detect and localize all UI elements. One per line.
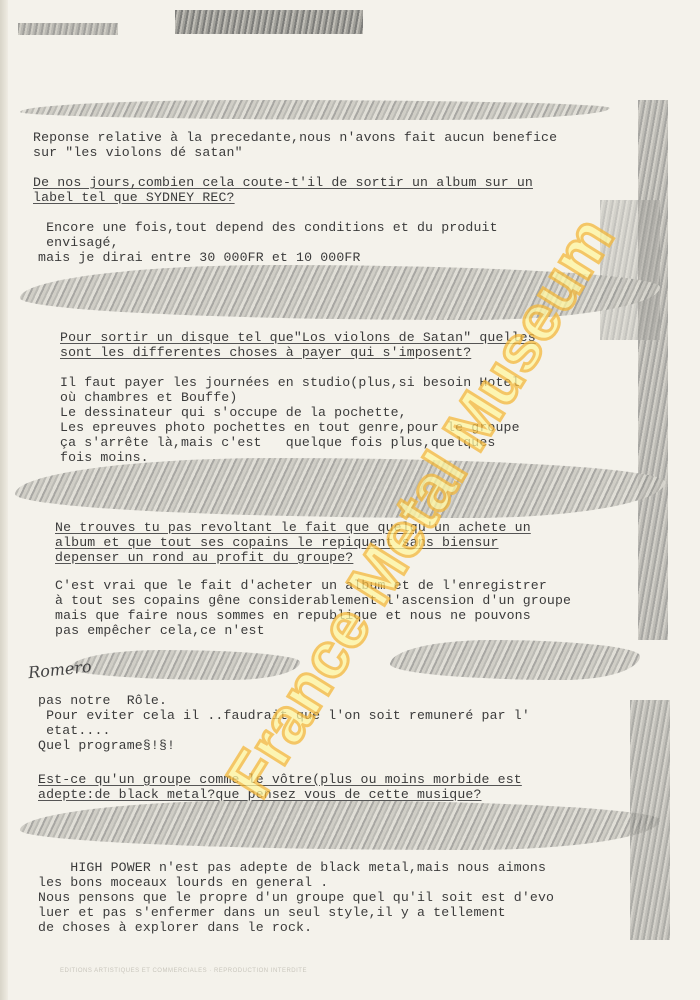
page-edge: [0, 0, 8, 1000]
answer-intro: Reponse relative à la precedante,nous n'…: [33, 130, 557, 160]
answer-3-continued: pas notre Rôle. Pour eviter cela il ..fa…: [38, 693, 530, 753]
right-collage-fragment: [600, 200, 660, 340]
artist-signature: Romero: [27, 657, 92, 683]
answer-4: HIGH POWER n'est pas adepte de black met…: [38, 860, 554, 935]
torn-collage-band: [20, 100, 610, 120]
question-1: De nos jours,combien cela coute-t'il de …: [33, 175, 533, 205]
torn-collage-band: [20, 265, 660, 320]
answer-1: Encore une fois,tout depend des conditio…: [38, 220, 498, 265]
torn-collage-band: [20, 800, 660, 850]
scanned-page: Reponse relative à la precedante,nous n'…: [0, 0, 700, 1000]
question-2: Pour sortir un disque tel que"Los violon…: [60, 330, 536, 360]
torn-collage-band: [15, 458, 665, 518]
right-collage-strip: [638, 100, 668, 640]
page-footer: EDITIONS ARTISTIQUES ET COMMERCIALES · R…: [60, 968, 307, 974]
torn-collage-band: [390, 640, 640, 680]
torn-collage-band: [70, 650, 300, 680]
answer-2: Il faut payer les journées en studio(plu…: [60, 375, 520, 465]
question-4: Est-ce qu'un groupe comme le vôtre(plus …: [38, 772, 522, 802]
top-collage-strip-left: [18, 23, 118, 35]
question-3: Ne trouves tu pas revoltant le fait que …: [55, 520, 531, 565]
answer-3: C'est vrai que le fait d'acheter un albu…: [55, 578, 571, 638]
right-collage-strip-lower: [630, 700, 670, 940]
top-collage-strip: [175, 10, 363, 34]
